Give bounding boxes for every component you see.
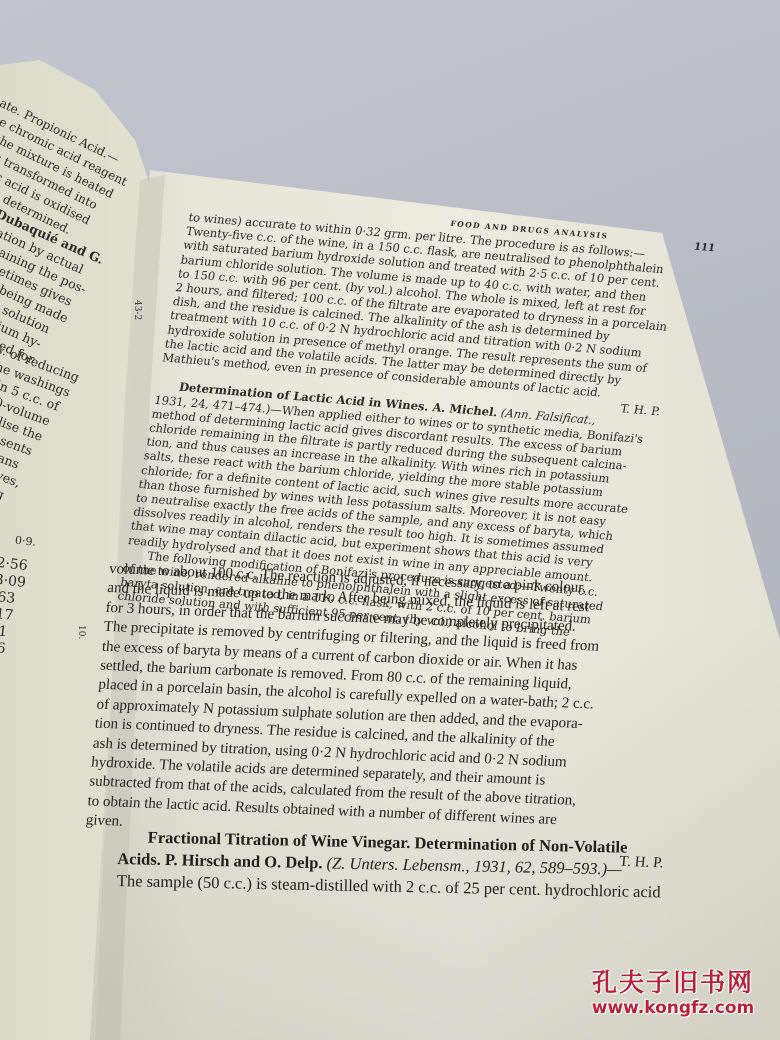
table-value: 26 <box>0 639 25 660</box>
watermark-url: www.kongfz.com <box>578 998 768 1018</box>
article-authors: Acids. P. Hirsch and O. Delp. <box>117 849 323 872</box>
page-number: 111 <box>693 241 716 257</box>
kongfz-watermark: 孔夫子旧书网 www.kongfz.com <box>578 968 768 1018</box>
table-value: 9 <box>0 673 22 694</box>
table-value: 2 <box>0 656 24 677</box>
article-fractional-titration: Fractional Titration of Wine Vinegar. De… <box>117 826 738 905</box>
gutter-mark: 10. <box>76 625 86 639</box>
table-value: 0·9. <box>0 530 37 551</box>
watermark-chinese: 孔夫子旧书网 <box>578 968 768 998</box>
gutter-mark: 43-2 <box>132 300 142 320</box>
